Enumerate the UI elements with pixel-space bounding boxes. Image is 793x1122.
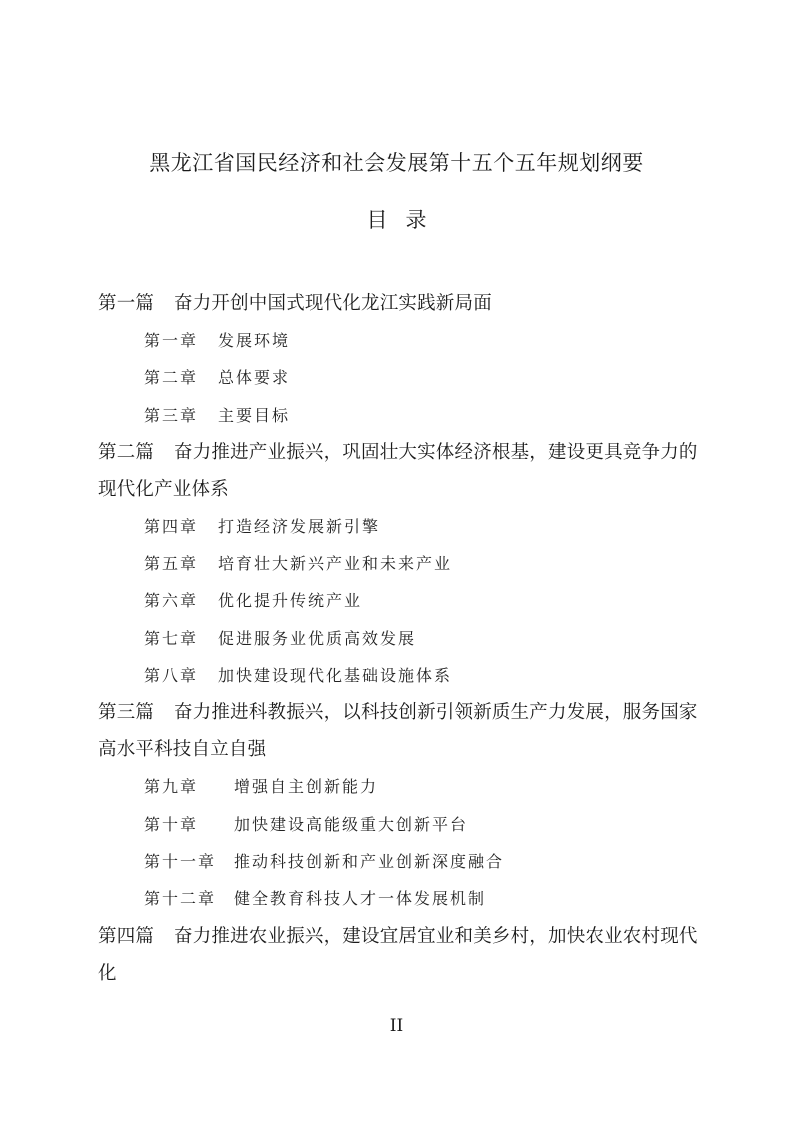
toc-chapter-8[interactable]: 第八章加快建设现代化基础设施体系 <box>98 657 708 694</box>
part-title: 奋力推进产业振兴，巩固壮大实体经济根基，建设更具竞争力的现代化产业体系 <box>98 442 698 500</box>
page-number: II <box>0 1016 793 1036</box>
chapter-number: 第十章 <box>144 806 234 843</box>
chapter-title: 发展环境 <box>218 331 290 350</box>
toc-chapter-7[interactable]: 第七章促进服务业优质高效发展 <box>98 620 708 657</box>
chapter-number: 第九章 <box>144 768 234 805</box>
chapter-title: 总体要求 <box>218 368 290 387</box>
toc-chapter-2[interactable]: 第二章总体要求 <box>98 359 708 396</box>
chapter-number: 第七章 <box>144 620 218 657</box>
chapter-title: 推动科技创新和产业创新深度融合 <box>234 852 504 871</box>
chapter-title: 培育壮大新兴产业和未来产业 <box>218 554 452 573</box>
chapter-title: 加快建设高能级重大创新平台 <box>234 815 468 834</box>
chapter-title: 健全教育科技人才一体发展机制 <box>234 889 486 908</box>
document-title: 黑龙江省国民经济和社会发展第十五个五年规划纲要 <box>0 148 793 178</box>
chapter-number: 第一章 <box>144 322 218 359</box>
toc-heading-char: 目 <box>367 205 388 235</box>
chapter-number: 第六章 <box>144 582 218 619</box>
toc-part-4[interactable]: 第四篇奋力推进农业振兴，建设宜居宜业和美乡村，加快农业农村现代化 <box>98 918 708 992</box>
chapter-title: 加快建设现代化基础设施体系 <box>218 666 452 685</box>
toc-chapter-12[interactable]: 第十二章健全教育科技人才一体发展机制 <box>98 880 708 917</box>
part-number: 第四篇 <box>98 918 174 955</box>
toc-chapter-4[interactable]: 第四章打造经济发展新引擎 <box>98 508 708 545</box>
part-title: 奋力推进农业振兴，建设宜居宜业和美乡村，加快农业农村现代化 <box>98 926 698 984</box>
chapter-title: 打造经济发展新引擎 <box>218 517 380 536</box>
toc-chapter-10[interactable]: 第十章加快建设高能级重大创新平台 <box>98 806 708 843</box>
part-number: 第一篇 <box>98 285 174 322</box>
toc-part-3[interactable]: 第三篇奋力推进科教振兴，以科技创新引领新质生产力发展，服务国家高水平科技自立自强 <box>98 694 708 768</box>
part-title: 奋力推进科教振兴，以科技创新引领新质生产力发展，服务国家高水平科技自立自强 <box>98 702 698 760</box>
chapter-number: 第四章 <box>144 508 218 545</box>
chapter-title: 优化提升传统产业 <box>218 591 362 610</box>
toc-chapter-1[interactable]: 第一章发展环境 <box>98 322 708 359</box>
toc-chapter-11[interactable]: 第十一章推动科技创新和产业创新深度融合 <box>98 843 708 880</box>
toc-chapter-9[interactable]: 第九章增强自主创新能力 <box>98 768 708 805</box>
chapter-title: 促进服务业优质高效发展 <box>218 629 416 648</box>
chapter-number: 第五章 <box>144 545 218 582</box>
toc-chapter-6[interactable]: 第六章优化提升传统产业 <box>98 582 708 619</box>
toc-part-1[interactable]: 第一篇奋力开创中国式现代化龙江实践新局面 <box>98 285 708 322</box>
part-number: 第三篇 <box>98 694 174 731</box>
toc-heading-char: 录 <box>406 205 427 235</box>
toc-part-2[interactable]: 第二篇奋力推进产业振兴，巩固壮大实体经济根基，建设更具竞争力的现代化产业体系 <box>98 434 708 508</box>
part-number: 第二篇 <box>98 434 174 471</box>
chapter-number: 第十一章 <box>144 843 234 880</box>
table-of-contents: 第一篇奋力开创中国式现代化龙江实践新局面 第一章发展环境 第二章总体要求 第三章… <box>98 285 708 992</box>
chapter-number: 第三章 <box>144 397 218 434</box>
toc-chapter-5[interactable]: 第五章培育壮大新兴产业和未来产业 <box>98 545 708 582</box>
chapter-number: 第二章 <box>144 359 218 396</box>
toc-chapter-3[interactable]: 第三章主要目标 <box>98 397 708 434</box>
chapter-number: 第十二章 <box>144 880 234 917</box>
chapter-number: 第八章 <box>144 657 218 694</box>
part-title: 奋力开创中国式现代化龙江实践新局面 <box>174 293 492 314</box>
chapter-title: 增强自主创新能力 <box>234 777 378 796</box>
chapter-title: 主要目标 <box>218 406 290 425</box>
toc-heading: 目录 <box>0 205 793 235</box>
